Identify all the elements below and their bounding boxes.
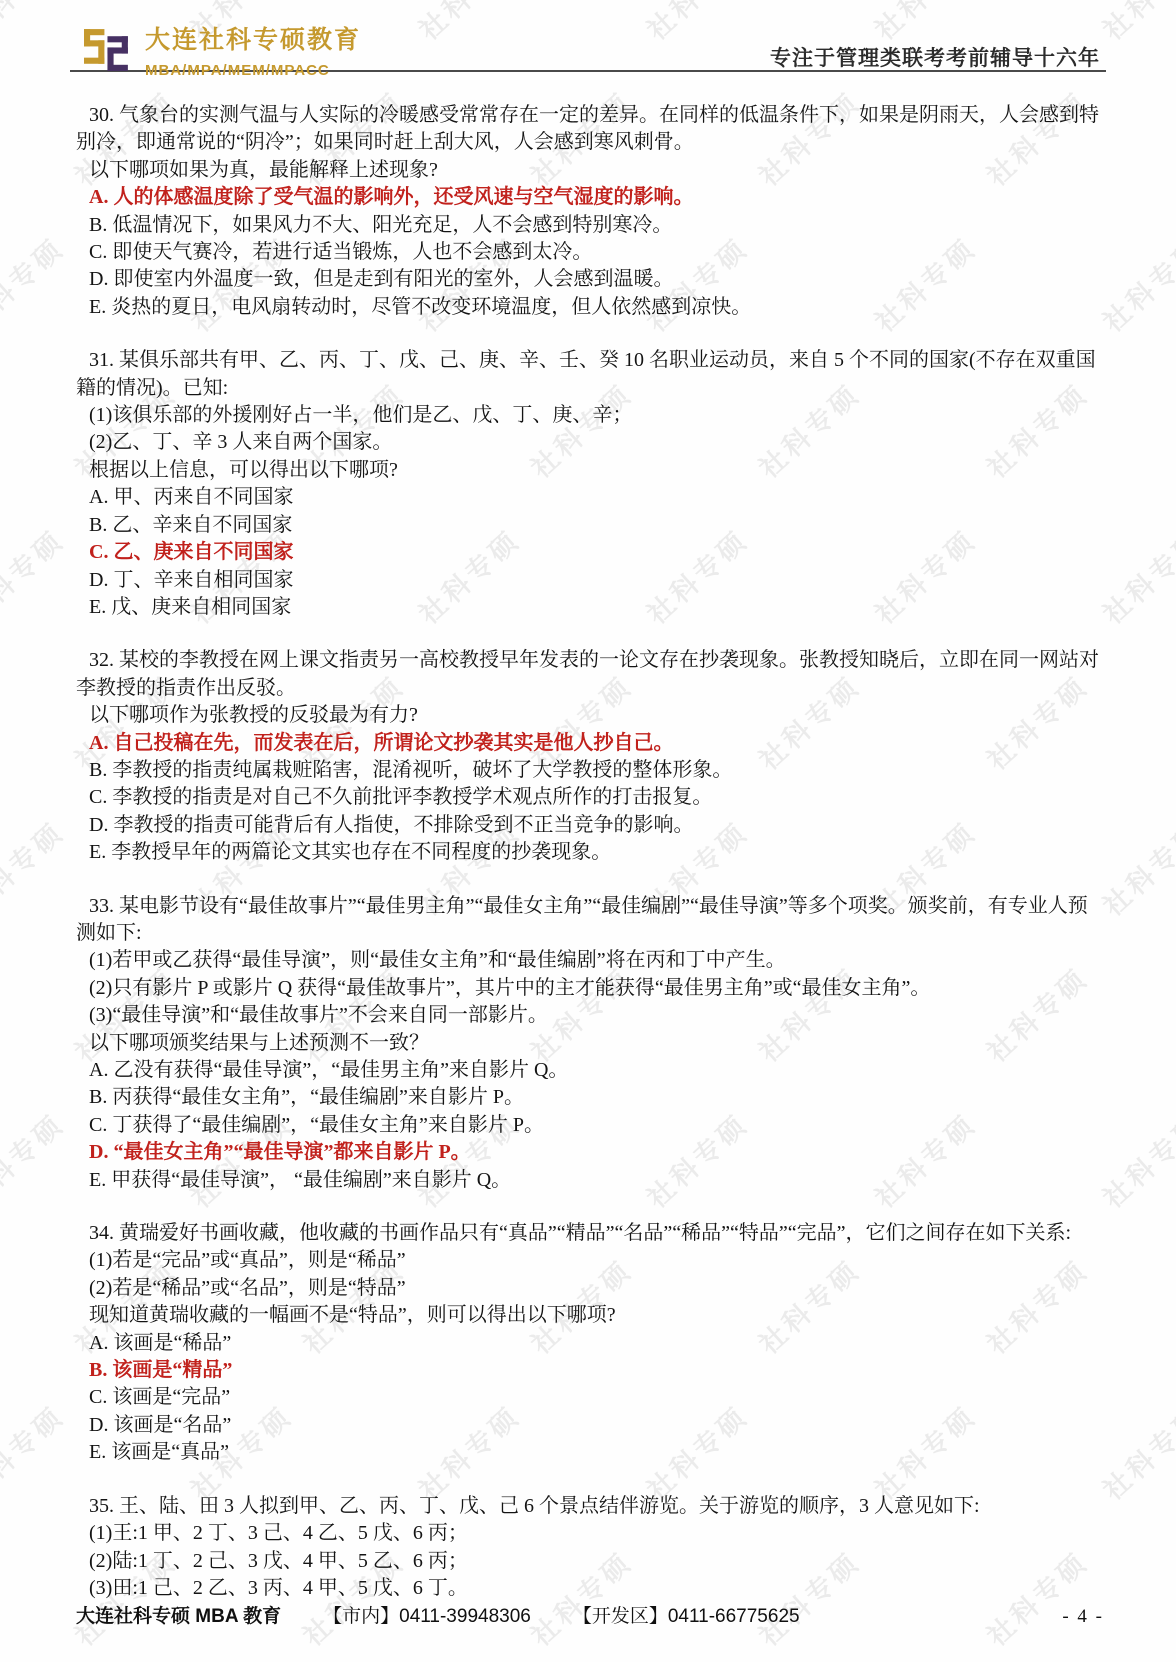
header-tagline: 专注于管理类联考考前辅导十六年 [770,42,1100,72]
question-31-option-A: A. 甲、丙来自不同国家 [76,484,1100,511]
page-header: 大连社科专硕教育 MBA/MPA/MEM/MPACC 专注于管理类联考考前辅导十… [76,26,1100,92]
question-30-stem-line: 30. 气象台的实测气温与人实际的冷暖感受常常存在一定的差异。在同样的低温条件下… [76,102,1100,157]
question-31-stem-line: (1)该俱乐部的外援刚好占一半，他们是乙、戊、丁、庚、辛； [76,402,1100,429]
question-33-stem-line: (2)只有影片 P 或影片 Q 获得“最佳故事片”，其片中的主才能获得“最佳男主… [76,975,1100,1002]
question-30-option-B: B. 低温情况下，如果风力不大、阳光充足，人不会感到特别寒冷。 [76,212,1100,239]
question-34: 34. 黄瑞爱好书画收藏，他收藏的书画作品只有“真品”“精品”“名品”“稀品”“… [76,1220,1100,1467]
question-32-option-C: C. 李教授的指责是对自己不久前批评李教授学术观点所作的打击报复。 [76,784,1100,811]
questions: 30. 气象台的实测气温与人实际的冷暖感受常常存在一定的差异。在同样的低温条件下… [76,102,1100,1602]
question-33: 33. 某电影节设有“最佳故事片”“最佳男主角”“最佳女主角”“最佳编剧”“最佳… [76,893,1100,1194]
question-33-stem-line: (3)“最佳导演”和“最佳故事片”不会来自同一部影片。 [76,1002,1100,1029]
question-33-stem-line: 33. 某电影节设有“最佳故事片”“最佳男主角”“最佳女主角”“最佳编剧”“最佳… [76,893,1100,948]
page-footer: 大连社科专硕 MBA 教育 【市内】0411-39948306 【开发区】041… [76,1601,1104,1628]
question-34-option-A: A. 该画是“稀品” [76,1330,1100,1357]
question-33-option-B: B. 丙获得“最佳女主角”，“最佳编剧”来自影片 P。 [76,1084,1100,1111]
question-30-stem-line: 以下哪项如果为真，最能解释上述现象? [76,157,1100,184]
question-31-option-C: C. 乙、庚来自不同国家 [76,539,1100,566]
question-35-stem-line: (2)陆:1 丁、2 己、3 戊、4 甲、5 乙、6 丙； [76,1548,1100,1575]
question-31-stem-line: 根据以上信息，可以得出以下哪项? [76,457,1100,484]
question-34-stem-line: 现知道黄瑞收藏的一幅画不是“特品”，则可以得出以下哪项? [76,1302,1100,1329]
footer-phone-devzone: 【开发区】0411-66775625 [573,1601,800,1628]
page-number: - 4 - [1062,1606,1104,1628]
question-34-stem-line: (1)若是“完品”或“真品”，则是“稀品” [76,1247,1100,1274]
question-31-stem-line: 31. 某俱乐部共有甲、乙、丙、丁、戊、己、庚、辛、壬、癸 10 名职业运动员，… [76,347,1100,402]
question-31-option-B: B. 乙、辛来自不同国家 [76,512,1100,539]
footer-phone-city: 【市内】0411-39948306 [323,1601,531,1628]
question-34-option-E: E. 该画是“真品” [76,1439,1100,1466]
question-30-option-A: A. 人的体感温度除了受气温的影响外，还受风速与空气湿度的影响。 [76,184,1100,211]
question-35-stem-line: (1)王:1 甲、2 丁、3 己、4 乙、5 戊、6 丙； [76,1520,1100,1547]
question-33-stem-line: (1)若甲或乙获得“最佳导演”，则“最佳女主角”和“最佳编剧”将在丙和丁中产生。 [76,947,1100,974]
exam-page: 大连社科专硕教育 MBA/MPA/MEM/MPACC 专注于管理类联考考前辅导十… [0,0,1176,1662]
brand-text: 大连社科专硕教育 MBA/MPA/MEM/MPACC [145,26,361,79]
question-32-stem-line: 以下哪项作为张教授的反驳最为有力? [76,702,1100,729]
question-34-option-B: B. 该画是“精品” [76,1357,1100,1384]
question-32-stem-line: 32. 某校的李教授在网上课文指责另一高校教授早年发表的一论文存在抄袭现象。张教… [76,647,1100,702]
question-33-option-E: E. 甲获得“最佳导演”， “最佳编剧”来自影片 Q。 [76,1167,1100,1194]
question-34-option-C: C. 该画是“完品” [76,1384,1100,1411]
question-31-option-D: D. 丁、辛来自相同国家 [76,567,1100,594]
question-32: 32. 某校的李教授在网上课文指责另一高校教授早年发表的一论文存在抄袭现象。张教… [76,647,1100,866]
question-30: 30. 气象台的实测气温与人实际的冷暖感受常常存在一定的差异。在同样的低温条件下… [76,102,1100,321]
question-35: 35. 王、陆、田 3 人拟到甲、乙、丙、丁、戊、己 6 个景点结伴游览。关于游… [76,1493,1100,1603]
question-33-option-C: C. 丁获得了“最佳编剧”，“最佳女主角”来自影片 P。 [76,1112,1100,1139]
question-35-stem-line: 35. 王、陆、田 3 人拟到甲、乙、丙、丁、戊、己 6 个景点结伴游览。关于游… [76,1493,1100,1520]
brand-logo-icon [84,26,134,74]
question-34-stem-line: 34. 黄瑞爱好书画收藏，他收藏的书画作品只有“真品”“精品”“名品”“稀品”“… [76,1220,1100,1247]
brand-name: 大连社科专硕教育 [145,26,361,54]
footer-brand: 大连社科专硕 MBA 教育 [76,1601,281,1628]
question-31-option-E: E. 戊、庚来自相同国家 [76,594,1100,621]
brand-logo: 大连社科专硕教育 MBA/MPA/MEM/MPACC [84,26,361,79]
question-33-option-A: A. 乙没有获得“最佳导演”，“最佳男主角”来自影片 Q。 [76,1057,1100,1084]
question-32-option-A: A. 自己投稿在先，而发表在后，所谓论文抄袭其实是他人抄自己。 [76,730,1100,757]
question-30-option-C: C. 即使天气赛冷，若进行适当锻炼，人也不会感到太冷。 [76,239,1100,266]
question-32-option-D: D. 李教授的指责可能背后有人指使，不排除受到不正当竞争的影响。 [76,812,1100,839]
question-31-stem-line: (2)乙、丁、辛 3 人来自两个国家。 [76,429,1100,456]
question-32-option-E: E. 李教授早年的两篇论文其实也存在不同程度的抄袭现象。 [76,839,1100,866]
question-34-stem-line: (2)若是“稀品”或“名品”，则是“特品” [76,1275,1100,1302]
brand-subtitle: MBA/MPA/MEM/MPACC [145,62,361,79]
question-34-option-D: D. 该画是“名品” [76,1412,1100,1439]
question-30-option-D: D. 即使室内外温度一致，但是走到有阳光的室外，人会感到温暖。 [76,266,1100,293]
question-30-option-E: E. 炎热的夏日，电风扇转动时，尽管不改变环境温度，但人依然感到凉快。 [76,294,1100,321]
question-32-option-B: B. 李教授的指责纯属栽赃陷害，混淆视听，破坏了大学教授的整体形象。 [76,757,1100,784]
question-33-stem-line: 以下哪项颁奖结果与上述预测不一致？ [76,1030,1100,1057]
question-35-stem-line: (3)田:1 己、2 乙、3 丙、4 甲、5 戊、6 丁。 [76,1575,1100,1602]
question-31: 31. 某俱乐部共有甲、乙、丙、丁、戊、己、庚、辛、壬、癸 10 名职业运动员，… [76,347,1100,621]
question-33-option-D: D. “最佳女主角”“最佳导演”都来自影片 P。 [76,1139,1100,1166]
